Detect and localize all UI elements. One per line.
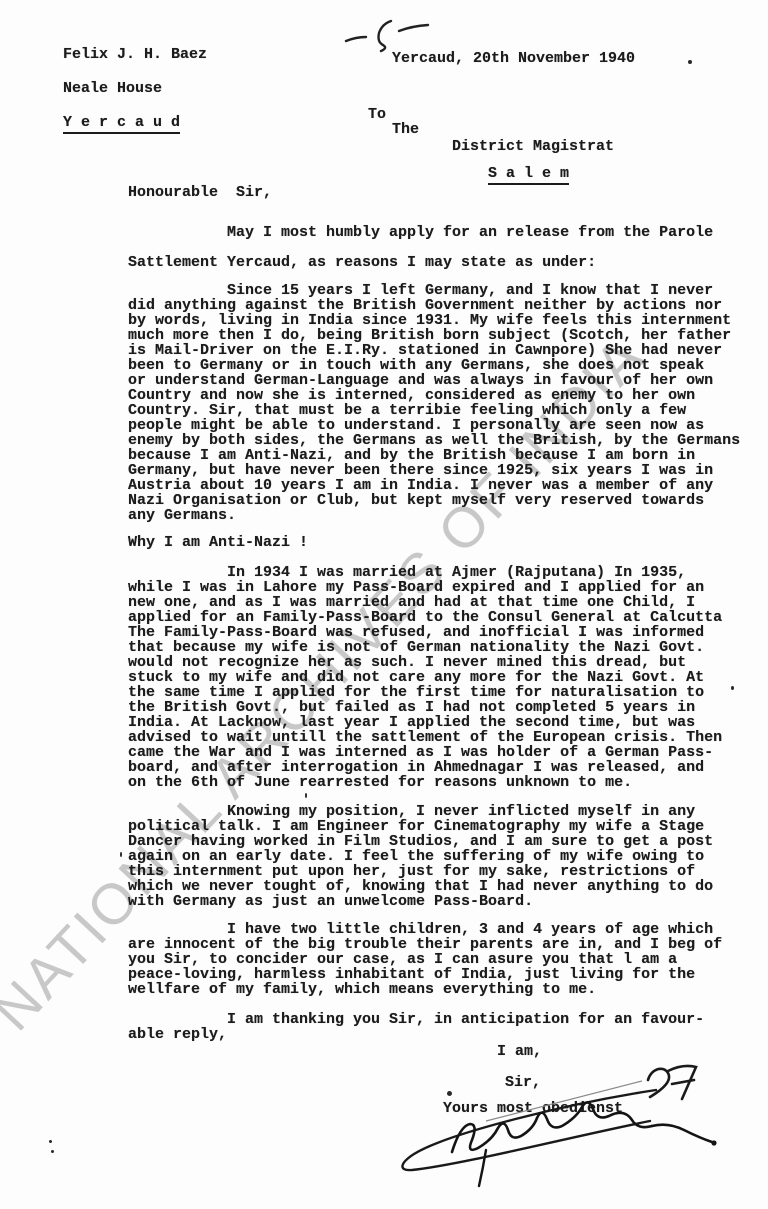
recipient-to: To <box>368 106 386 123</box>
letter-page: NATIONAL ARCHIVES OF INDIA Felix J. H. B… <box>0 0 768 1209</box>
stray-dot <box>688 60 692 64</box>
anti-nazi-heading: Why I am Anti-Nazi ! <box>128 534 308 551</box>
handwritten-number-27 <box>648 1066 696 1099</box>
stray-dot <box>305 793 307 798</box>
stray-dot <box>120 852 122 857</box>
closing-sir: Sir, <box>505 1074 541 1091</box>
sender-address: Neale House <box>63 80 162 97</box>
stray-dot <box>447 1091 452 1096</box>
recipient-the: The <box>392 121 419 138</box>
stray-dot <box>49 1140 52 1143</box>
paragraph-4: Knowing my position, I never inflicted m… <box>128 804 713 909</box>
sender-place: Y e r c a u d <box>63 114 180 134</box>
page-number-handwritten <box>346 21 428 51</box>
paragraph-1: May I most humbly apply for an release f… <box>128 218 713 278</box>
stray-dot <box>731 686 734 690</box>
sender-name: Felix J. H. Baez <box>63 46 207 63</box>
recipient-city: S a l e m <box>488 165 569 182</box>
paragraph-3: In 1934 I was married at Ajmer (Rajputan… <box>128 565 722 790</box>
paragraph-2: Since 15 years I left Germany, and I kno… <box>128 283 740 523</box>
stray-dot <box>51 1150 54 1153</box>
salutation: Honourable Sir, <box>128 184 272 201</box>
paragraph-5: I have two little children, 3 and 4 year… <box>128 922 722 997</box>
sender-block: Felix J. H. Baez Neale House Y e r c a u… <box>63 46 207 131</box>
closing-i-am: I am, <box>497 1043 542 1060</box>
dateline: Yercaud, 20th November 1940 <box>392 50 635 67</box>
closing-valediction: Yours most obedienst <box>443 1100 623 1117</box>
recipient-title: District Magistrat <box>452 138 614 155</box>
paragraph-6: I am thanking you Sir, in anticipation f… <box>128 1012 704 1042</box>
